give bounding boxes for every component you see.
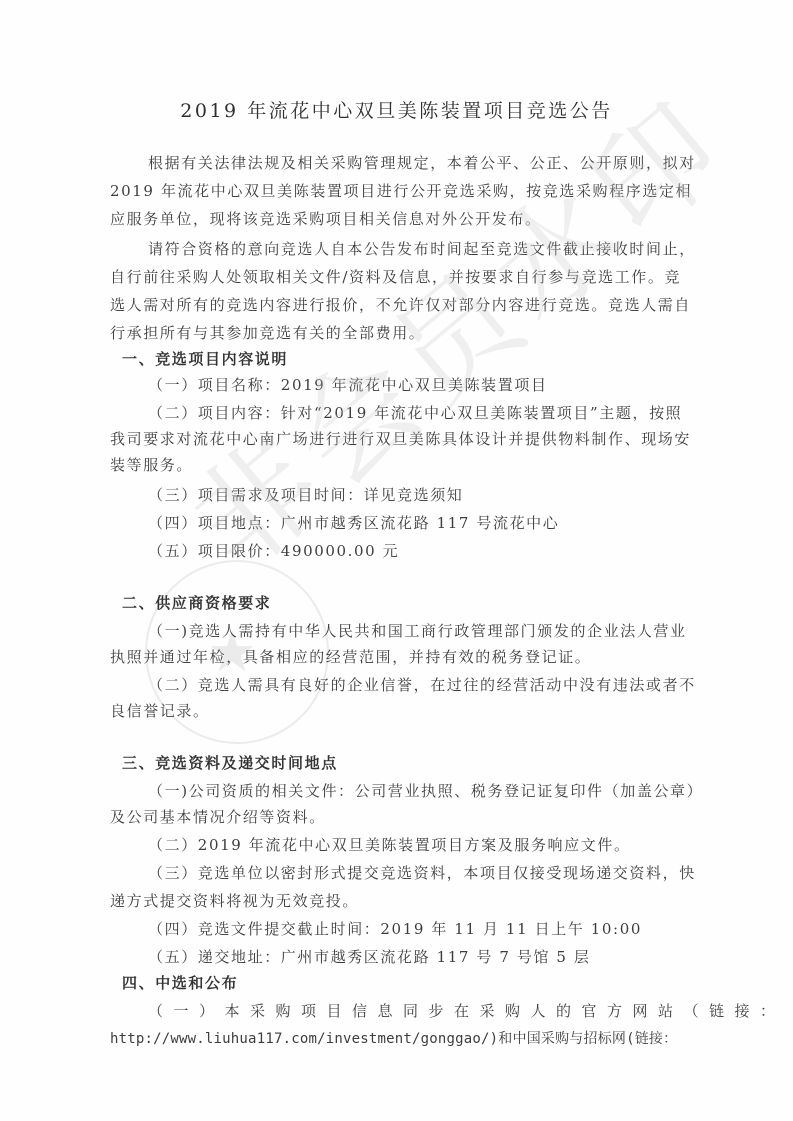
section-line: （三）项目需求及项目时间：详见竞选须知 (148, 484, 728, 505)
section-line: 及公司基本情况介绍等资料。 (110, 806, 690, 827)
section-line: （二）项目内容：针对“2019 年流花中心双旦美陈装置项目”主题，按照 (148, 402, 728, 423)
document-title: 2019 年流花中心双旦美陈装置项目竞选公告 (0, 96, 793, 123)
section-line: （五）项目限价：490000.00 元 (148, 540, 728, 561)
section-line: 装等服务。 (110, 454, 690, 475)
section-line: （三）竞选单位以密封形式提交竞选资料，本项目仅接受现场递交资料，快 (148, 862, 728, 883)
section-line: （一)公司资质的相关文件：公司营业执照、税务登记证复印件（加盖公章） (148, 780, 728, 801)
section-heading: 一、竞选项目内容说明 (122, 348, 702, 369)
intro-line: 选人需对所有的竞选内容进行报价，不允许仅对部分内容进行竞选。竞选人需自 (110, 294, 690, 315)
section-line: （一）项目名称：2019 年流花中心双旦美陈装置项目 (148, 374, 728, 395)
section-line: 执照并通过年检，具备相应的经营范围，并持有效的税务登记证。 (110, 646, 690, 667)
intro-line: 应服务单位，现将该竞选采购项目相关信息对外公开发布。 (110, 208, 690, 229)
intro-line: 请符合资格的意向竞选人自本公告发布时间起至竞选文件截止接收时间止， (148, 238, 728, 259)
intro-line: 行承担所有与其参加竞选有关的全部费用。 (110, 322, 690, 343)
section-line: 良信誉记录。 (110, 700, 690, 721)
section-line: 递方式提交资料将视为无效竞投。 (110, 890, 690, 911)
section-line-url: http://www.liuhua117.com/investment/gong… (110, 1028, 690, 1048)
section-heading: 二、供应商资格要求 (122, 592, 702, 613)
document-page: ★ 2019 年流花中心双旦美陈装置项目竞选公告 根据有关法律法规及相关采购管理… (0, 0, 793, 1121)
section-line: （四）项目地点：广州市越秀区流花路 117 号流花中心 (148, 512, 728, 533)
section-line: 我司要求对流花中心南广场进行进行双旦美陈具体设计并提供物料制作、现场安 (110, 428, 690, 449)
section-line: （四）竞选文件提交截止时间：2019 年 11 月 11 日上午 10:00 (148, 918, 728, 939)
section-line: （一）本采购项目信息同步在采购人的官方网站（链接： (148, 1000, 728, 1021)
section-line: （二）竞选人需具有良好的企业信誉，在过往的经营活动中没有违法或者不 (148, 674, 728, 695)
section-heading: 三、竞选资料及递交时间地点 (122, 752, 702, 773)
section-line: （一)竞选人需持有中华人民共和国工商行政管理部门颁发的企业法人营业 (148, 620, 728, 641)
intro-line: 自行前往采购人处领取相关文件/资料及信息，并按要求自行参与竞选工作。竞 (110, 266, 690, 287)
section-line: （二）2019 年流花中心双旦美陈装置项目方案及服务响应文件。 (148, 834, 728, 855)
section-heading: 四、中选和公布 (122, 972, 702, 993)
intro-line: 2019 年流花中心双旦美陈装置项目进行公开竞选采购，按竞选采购程序选定相 (110, 180, 690, 201)
intro-line: 根据有关法律法规及相关采购管理规定，本着公平、公正、公开原则，拟对 (148, 152, 728, 173)
section-line: （五）递交地址：广州市越秀区流花路 117 号 7 号馆 5 层 (148, 946, 728, 967)
